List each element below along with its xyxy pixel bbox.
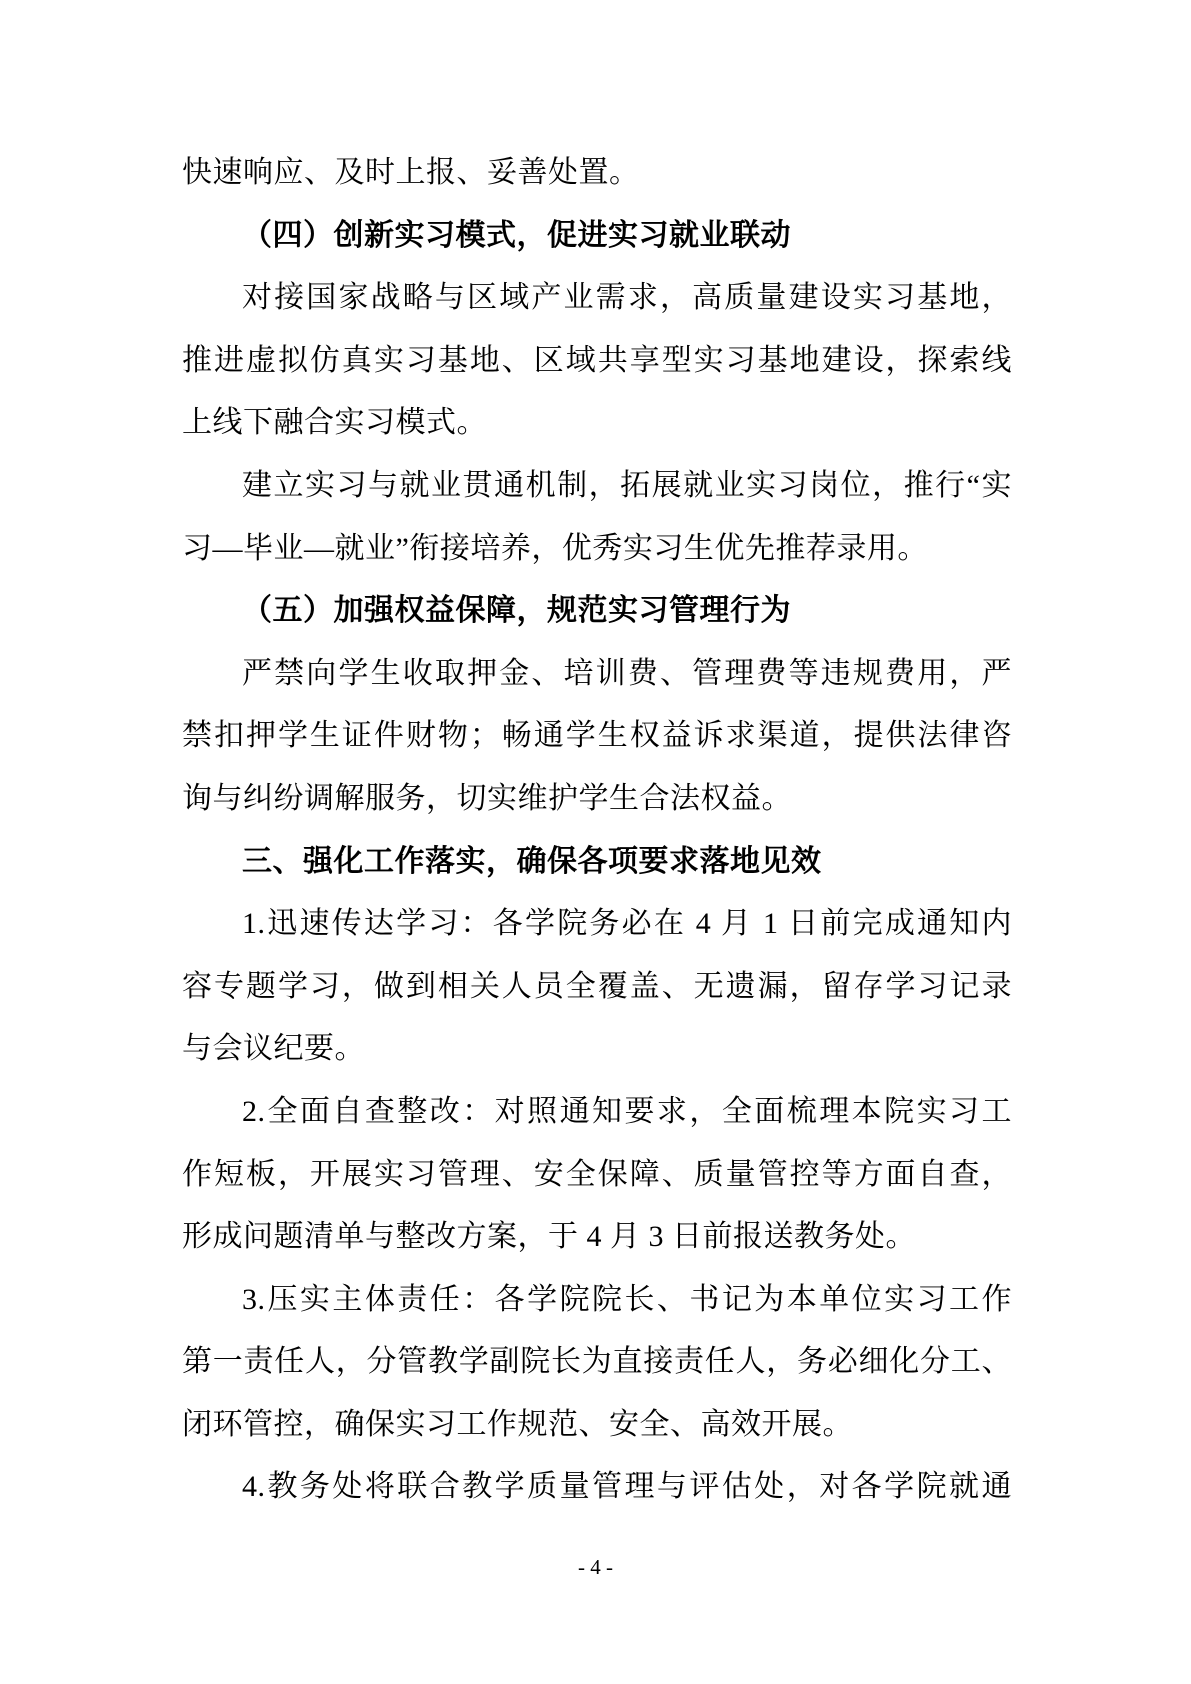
heading-line: 三、强化工作落实，确保各项要求落地见效 xyxy=(182,831,1012,894)
text-line: 禁扣押学生证件财物；畅通学生权益诉求渠道，提供法律咨 xyxy=(182,705,1012,768)
text-line: 作短板，开展实习管理、安全保障、质量管控等方面自查， xyxy=(182,1144,1012,1207)
body-paragraph: 1.迅速传达学习：各学院务必在 4 月 1 日前完成通知内容专题学习，做到相关人… xyxy=(182,893,1012,1081)
section-heading: 三、强化工作落实，确保各项要求落地见效 xyxy=(182,831,1012,894)
document-body: 快速响应、及时上报、妥善处置。（四）创新实习模式，促进实习就业联动对接国家战略与… xyxy=(182,142,1012,1519)
text-line: 询与纠纷调解服务，切实维护学生合法权益。 xyxy=(182,768,1012,831)
text-line: 建立实习与就业贯通机制，拓展就业实习岗位，推行“实 xyxy=(182,455,1012,518)
section-heading: （五）加强权益保障，规范实习管理行为 xyxy=(182,580,1012,643)
page-number: - 4 - xyxy=(0,1551,1191,1583)
text-line: 上线下融合实习模式。 xyxy=(182,392,1012,455)
body-paragraph: 3.压实主体责任：各学院院长、书记为本单位实习工作第一责任人，分管教学副院长为直… xyxy=(182,1269,1012,1457)
body-paragraph: 快速响应、及时上报、妥善处置。 xyxy=(182,142,1012,205)
document-page: 快速响应、及时上报、妥善处置。（四）创新实习模式，促进实习就业联动对接国家战略与… xyxy=(0,0,1191,1684)
body-paragraph: 建立实习与就业贯通机制，拓展就业实习岗位，推行“实习—毕业—就业”衔接培养，优秀… xyxy=(182,455,1012,580)
text-line: 第一责任人，分管教学副院长为直接责任人，务必细化分工、 xyxy=(182,1331,1012,1394)
section-heading: （四）创新实习模式，促进实习就业联动 xyxy=(182,205,1012,268)
text-line: 快速响应、及时上报、妥善处置。 xyxy=(182,142,1012,205)
heading-line: （四）创新实习模式，促进实习就业联动 xyxy=(182,205,1012,268)
text-line: 闭环管控，确保实习工作规范、安全、高效开展。 xyxy=(182,1394,1012,1457)
text-line: 推进虚拟仿真实习基地、区域共享型实习基地建设，探索线 xyxy=(182,330,1012,393)
body-paragraph: 对接国家战略与区域产业需求，高质量建设实习基地，推进虚拟仿真实习基地、区域共享型… xyxy=(182,267,1012,455)
text-line: 3.压实主体责任：各学院院长、书记为本单位实习工作 xyxy=(182,1269,1012,1332)
text-line: 与会议纪要。 xyxy=(182,1018,1012,1081)
text-line: 1.迅速传达学习：各学院务必在 4 月 1 日前完成通知内 xyxy=(182,893,1012,956)
body-paragraph: 2.全面自查整改：对照通知要求，全面梳理本院实习工作短板，开展实习管理、安全保障… xyxy=(182,1081,1012,1269)
text-line: 对接国家战略与区域产业需求，高质量建设实习基地， xyxy=(182,267,1012,330)
text-line: 4.教务处将联合教学质量管理与评估处，对各学院就通 xyxy=(182,1456,1012,1519)
heading-line: （五）加强权益保障，规范实习管理行为 xyxy=(182,580,1012,643)
text-line: 形成问题清单与整改方案，于 4 月 3 日前报送教务处。 xyxy=(182,1206,1012,1269)
text-line: 习—毕业—就业”衔接培养，优秀实习生优先推荐录用。 xyxy=(182,518,1012,581)
body-paragraph: 4.教务处将联合教学质量管理与评估处，对各学院就通 xyxy=(182,1456,1012,1519)
text-line: 严禁向学生收取押金、培训费、管理费等违规费用，严 xyxy=(182,643,1012,706)
body-paragraph: 严禁向学生收取押金、培训费、管理费等违规费用，严禁扣押学生证件财物；畅通学生权益… xyxy=(182,643,1012,831)
text-line: 容专题学习，做到相关人员全覆盖、无遗漏，留存学习记录 xyxy=(182,956,1012,1019)
text-line: 2.全面自查整改：对照通知要求，全面梳理本院实习工 xyxy=(182,1081,1012,1144)
